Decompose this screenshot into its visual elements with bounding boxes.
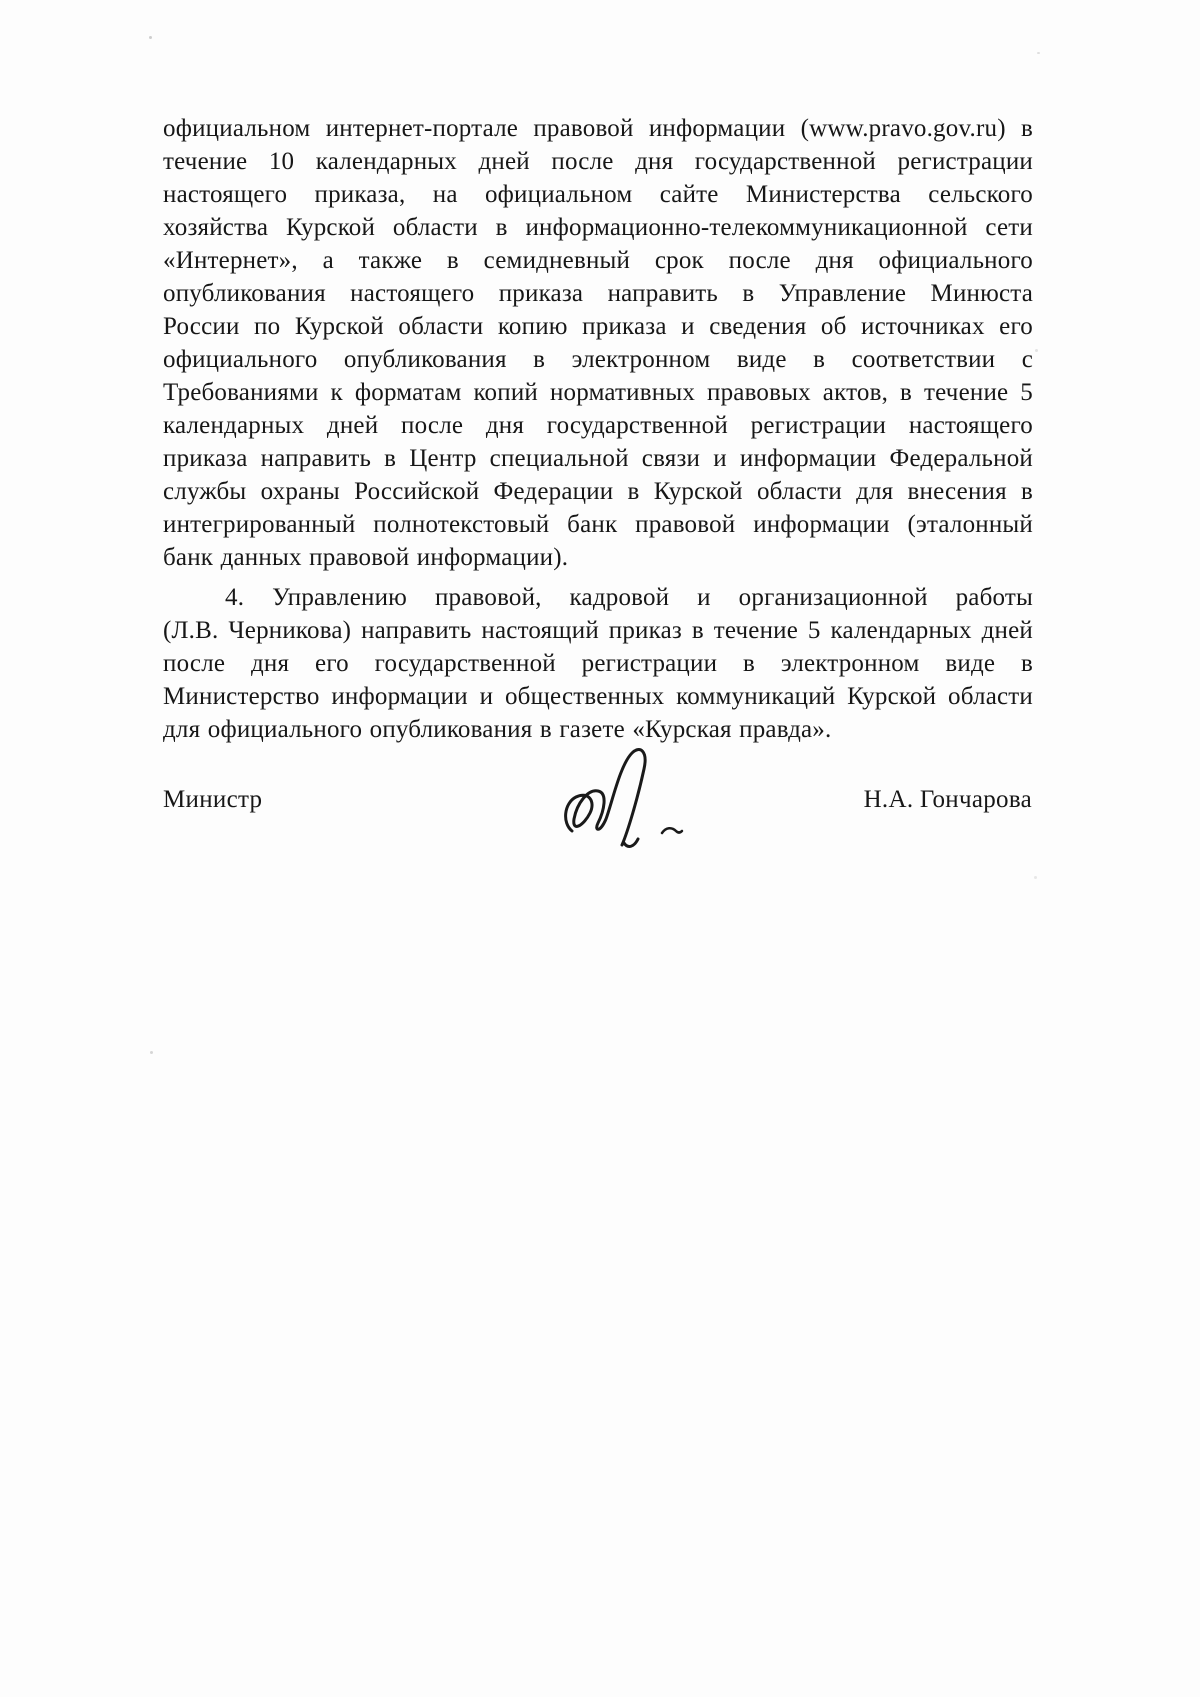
signature-icon <box>558 745 708 855</box>
text-line: «Интернет», а также в семидневный срок п… <box>163 244 1033 277</box>
text-line: банк данных правовой информации). <box>163 541 1033 574</box>
text-line: настоящего приказа, на официальном сайте… <box>163 178 1033 211</box>
paragraph-item-4: 4. Управлению правовой, кадровой и орган… <box>163 581 1033 746</box>
text-line: Требованиями к форматам копий нормативны… <box>163 376 1033 409</box>
text-line: после дня его государственной регистраци… <box>163 647 1033 680</box>
text-line: интегрированный полнотекстовый банк прав… <box>163 508 1033 541</box>
text-line: Министерство информации и общественных к… <box>163 680 1033 713</box>
text-line: России по Курской области копию приказа … <box>163 310 1033 343</box>
paragraph-publication-instructions: официальном интернет-портале правовой ин… <box>163 112 1033 574</box>
text-line: опубликования настоящего приказа направи… <box>163 277 1033 310</box>
text-line: календарных дней после дня государственн… <box>163 409 1033 442</box>
scan-artifact-dot <box>150 1051 153 1054</box>
text-line: для официального опубликования в газете … <box>163 713 1033 746</box>
signatory-title: Министр <box>163 783 262 816</box>
text-line: приказа направить в Центр специальной св… <box>163 442 1033 475</box>
text-line: (Л.В. Черникова) направить настоящий при… <box>163 614 1033 647</box>
document-body-text: официальном интернет-портале правовой ин… <box>163 112 1033 746</box>
scan-artifact-dot <box>1037 52 1040 54</box>
text-line: хозяйства Курской области в информационн… <box>163 211 1033 244</box>
scanned-document-page: официальном интернет-портале правовой ин… <box>0 0 1200 1697</box>
scan-artifact-dot <box>1034 876 1037 879</box>
scan-artifact-dot <box>1035 349 1038 352</box>
scan-artifact-dot <box>149 36 152 39</box>
text-line: официального опубликования в электронном… <box>163 343 1033 376</box>
signatory-name: Н.А. Гончарова <box>864 783 1032 816</box>
text-line: службы охраны Российской Федерации в Кур… <box>163 475 1033 508</box>
text-line: 4. Управлению правовой, кадровой и орган… <box>163 581 1033 614</box>
text-line: официальном интернет-портале правовой ин… <box>163 112 1033 145</box>
text-line: течение 10 календарных дней после дня го… <box>163 145 1033 178</box>
